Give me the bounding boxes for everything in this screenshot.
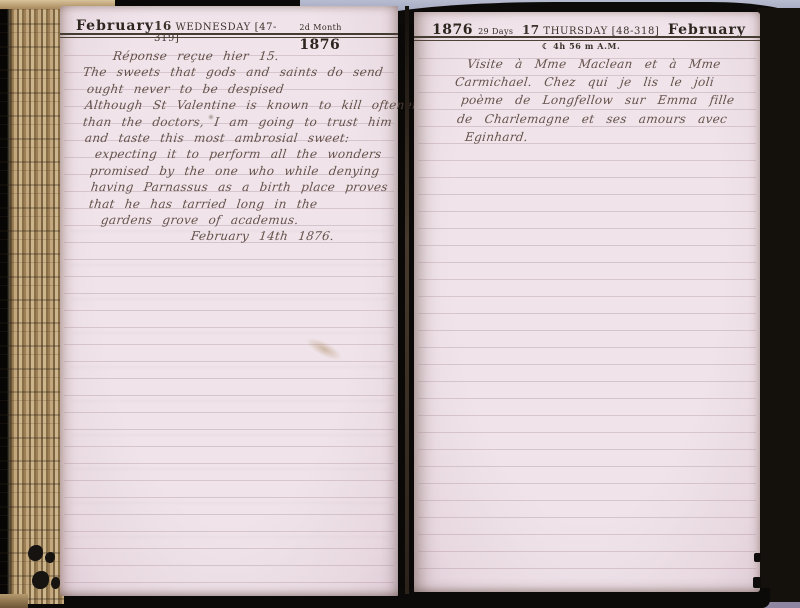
left-day-name: WEDNESDAY (176, 22, 251, 33)
right-days-count: 29 Days (478, 27, 513, 36)
moon-phase-line: ☾ 4h 56 m A.M. (542, 41, 620, 51)
left-handwritten-entry: Réponse reçue hier 15. The sweets that g… (82, 48, 392, 245)
right-page: 1876 29 Days 17 THURSDAY [48-318] Februa… (414, 12, 760, 592)
book-gutter-shadow (405, 6, 409, 594)
handwritten-line: having Parnassus as a birth place proves (90, 179, 394, 195)
handwritten-line: Réponse reçue hier 15. (112, 48, 394, 64)
handwritten-line: than the doctors, I am going to trust hi… (82, 114, 394, 130)
moon-icon: ☾ (542, 41, 550, 51)
handwritten-line: poème de Longfellow sur Emma fille (460, 91, 756, 109)
paper-stain (208, 114, 214, 120)
left-month-ordinal: 2d Month (299, 23, 341, 32)
left-page: February 16 WEDNESDAY [47-319] 2d Month … (60, 6, 398, 596)
handwritten-line: promised by the one who while denying (89, 163, 394, 179)
ink-showthrough (70, 206, 388, 556)
moon-time: 4h 56 m A.M. (553, 41, 620, 51)
handwritten-line: gardens grove of academus. (100, 212, 394, 228)
handwritten-line: that he has tarried long in the (88, 196, 394, 212)
handwritten-line: expecting it to perform all the wonders (94, 146, 394, 162)
handwritten-line: ought never to be despised (86, 81, 394, 97)
fore-edge-mark (754, 553, 761, 562)
right-page-header: 1876 29 Days 17 THURSDAY [48-318] Februa… (414, 12, 760, 38)
header-rule (60, 33, 398, 38)
handwritten-line: February 14th 1876. (190, 228, 394, 244)
right-handwritten-entry: Visite à Mme Maclean et à Mme Carmichael… (454, 55, 754, 146)
handwritten-line: Visite à Mme Maclean et à Mme (466, 55, 756, 73)
page-edges-stack (0, 0, 64, 604)
handwritten-line: Although St Valentine is known to kill o… (84, 97, 394, 113)
fore-edge-mark (753, 577, 761, 588)
ink-blot (28, 545, 43, 561)
ink-blot (51, 577, 60, 589)
handwritten-line: Carmichael. Chez qui je lis le joli (454, 73, 756, 91)
handwritten-line: The sweets that gods and saints do send (82, 64, 394, 80)
right-day-line: 17 THURSDAY [48-318] (522, 23, 660, 37)
left-day-number: 16 (154, 19, 172, 33)
right-day-number: 17 (522, 23, 540, 37)
handwritten-line: and taste this most ambrosial sweet: (84, 130, 394, 146)
ink-blot (32, 571, 49, 589)
left-month-label: February (76, 18, 154, 34)
page-curl-bottom-left (0, 594, 28, 608)
ink-blot (45, 552, 55, 563)
handwritten-line: Eginhard. (464, 128, 756, 146)
handwritten-line: de Charlemagne et ses amours avec (456, 110, 756, 128)
book-cover-right (756, 8, 800, 602)
